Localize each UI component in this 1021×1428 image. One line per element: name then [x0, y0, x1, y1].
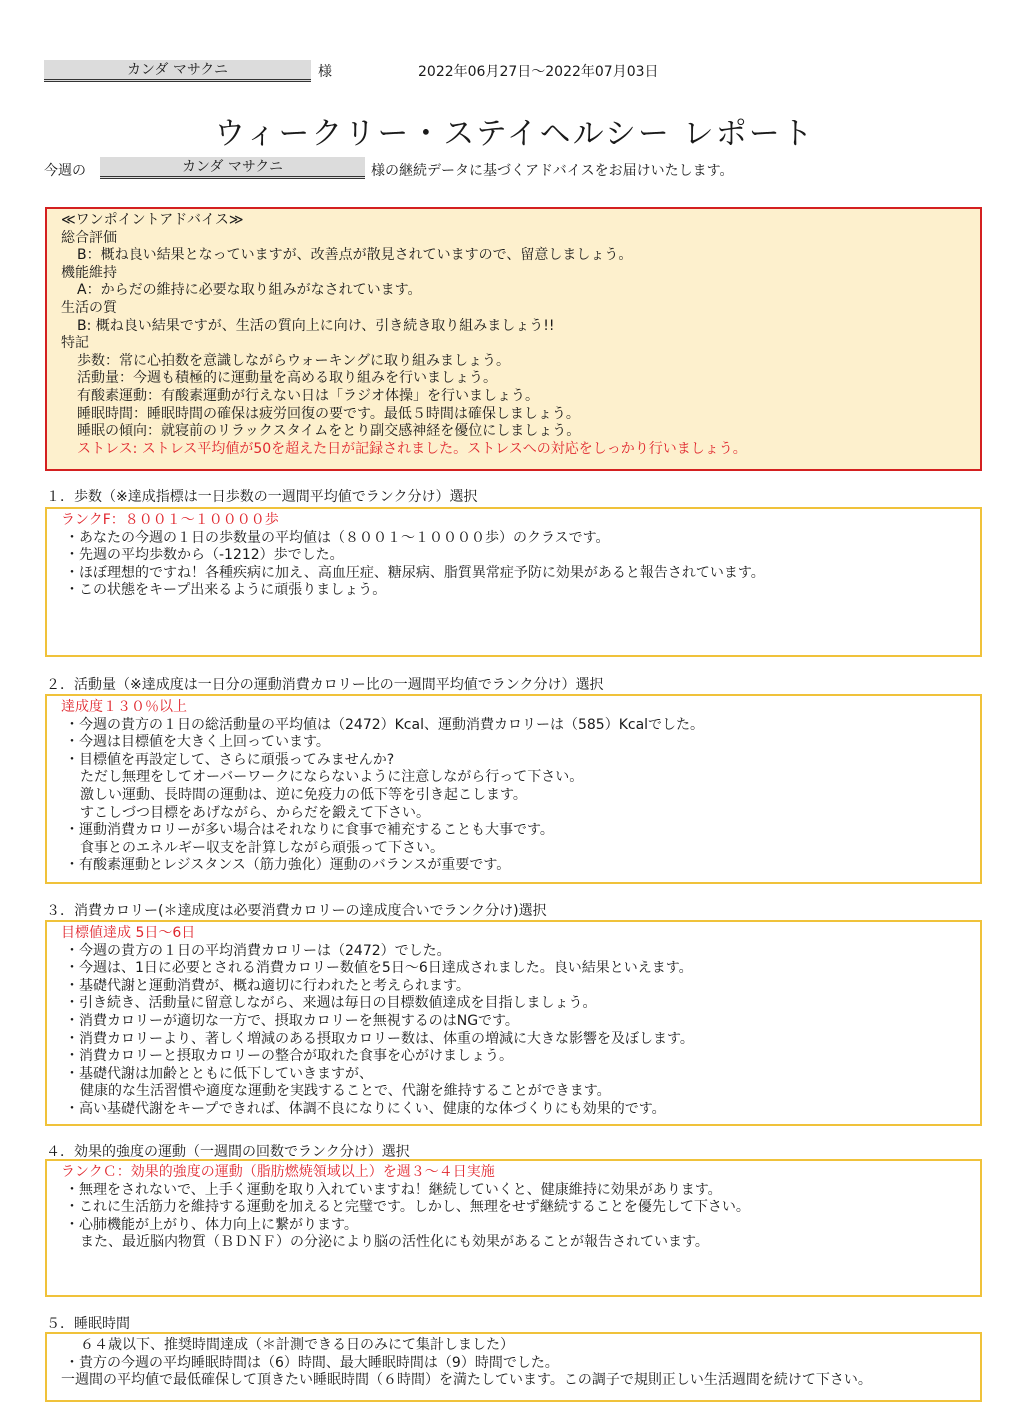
calories-line: 健康的な生活習慣や適度な運動を実践することで、代謝を維持することができます。	[61, 1083, 966, 1101]
activity-line: ・今週の貴方の１日の総活動量の平均値は（2472）Kcal、運動消費カロリーは（…	[61, 717, 966, 735]
overall-label: 総合評価	[61, 230, 966, 248]
quality-label: 生活の質	[61, 300, 966, 318]
intensity-rank: ランクＣ：効果的強度の運動（脂肪燃焼領域以上）を週３～４日実施	[61, 1164, 966, 1182]
overall-text: B：概ね良い結果となっていますが、改善点が散見されていますので、留意しましょう。	[61, 247, 966, 265]
calories-line: ・今週の貴方の１日の平均消費カロリーは（2472）でした。	[61, 943, 966, 961]
activity-line: ただし無理をしてオーバーワークにならないように注意しながら行って下さい。	[61, 769, 966, 787]
sleep-line: ６４歳以下、推奨時間達成（＊計測できる日のみにて集計しました）	[61, 1337, 966, 1355]
function-label: 機能維持	[61, 265, 966, 283]
section-calories-box: 目標値達成 5日～6日 ・今週の貴方の１日の平均消費カロリーは（2472）でした…	[45, 920, 982, 1126]
steps-line: ・あなたの今週の１日の歩数量の平均値は（８００１～１００００歩）のクラスです。	[61, 530, 966, 548]
calories-line: ・消費カロリーが適切な一方で、摂取カロリーを無視するのはNGです。	[61, 1013, 966, 1031]
section-calories-title: ３．消費カロリー(＊達成度は必要消費カロリーの達成度合いでランク分け)選択	[46, 900, 547, 920]
note-stress: ストレス: ストレス平均値が50を超えた日が記録されました。ストレスへの対応をし…	[61, 441, 966, 459]
activity-line: ・目標値を再設定して、さらに頑張ってみませんか?	[61, 752, 966, 770]
section-activity-box: 達成度１３０％以上 ・今週の貴方の１日の総活動量の平均値は（2472）Kcal、…	[45, 694, 982, 884]
calories-line: ・高い基礎代謝をキープできれば、体調不良になりにくい、健康的な体づくりにも効果的…	[61, 1101, 966, 1119]
quality-text: B: 概ね良い結果ですが、生活の質向上に向け、引き続き取り組みましょう!!	[61, 318, 966, 336]
intro-prefix: 今週の	[44, 160, 86, 180]
calories-line: ・基礎代謝は加齢とともに低下していきますが、	[61, 1066, 966, 1084]
sleep-line: ・貴方の今週の平均睡眠時間は（6）時間、最大睡眠時間は（9）時間でした。	[61, 1355, 966, 1373]
page-title: ウィークリー・ステイヘルシー レポート	[0, 108, 1021, 153]
activity-rank: 達成度１３０％以上	[61, 699, 966, 717]
note-aerobic: 有酸素運動：有酸素運動が行えない日は「ラジオ体操」を行いましょう。	[61, 388, 966, 406]
section-intensity-title: ４．効果的強度の運動（一週間の回数でランク分け）選択	[46, 1141, 410, 1161]
calories-line: ・消費カロリーより、著しく増減のある摂取カロリー数は、体重の増減に大きな影響を及…	[61, 1031, 966, 1049]
calories-line: ・引き続き、活動量に留意しながら、来週は毎日の目標数値達成を目指しましょう。	[61, 995, 966, 1013]
honorific-label: 様	[318, 61, 332, 81]
calories-line: ・消費カロリーと摂取カロリーの整合が取れた食事を心がけましょう。	[61, 1048, 966, 1066]
intensity-line: ・心肺機能が上がり、体力向上に繋がります。	[61, 1217, 966, 1235]
activity-line: ・今週は目標値を大きく上回っています。	[61, 734, 966, 752]
section-steps-title: １．歩数（※達成指標は一日歩数の一週間平均値でランク分け）選択	[46, 486, 477, 506]
intensity-line: ・無理をされないで、上手く運動を取り入れていますね！継続していくと、健康維持に効…	[61, 1182, 966, 1200]
note-sleep-tendency: 睡眠の傾向：就寝前のリラックスタイムをとり副交感神経を優位にしましょう。	[61, 423, 966, 441]
calories-line: ・基礎代謝と運動消費が、概ね適切に行われたと考えられます。	[61, 978, 966, 996]
section-sleep-box: ６４歳以下、推奨時間達成（＊計測できる日のみにて集計しました） ・貴方の今週の平…	[45, 1332, 982, 1402]
recipient-name-field: カンダ マサクニ	[44, 60, 311, 82]
section-intensity-box: ランクＣ：効果的強度の運動（脂肪燃焼領域以上）を週３～４日実施 ・無理をされない…	[45, 1159, 982, 1297]
activity-line: ・有酸素運動とレジスタンス（筋力強化）運動のバランスが重要です。	[61, 857, 966, 875]
calories-line: ・今週は、1日に必要とされる消費カロリー数値を5日～6日達成されました。良い結果…	[61, 960, 966, 978]
section-steps-box: ランクF：８００１～１００００歩 ・あなたの今週の１日の歩数量の平均値は（８００…	[45, 507, 982, 657]
notes-label: 特記	[61, 335, 966, 353]
steps-line: ・ほぼ理想的ですね！各種疾病に加え、高血圧症、糖尿病、脂質異常症予防に効果がある…	[61, 565, 966, 583]
steps-line: ・先週の平均歩数から（-1212）歩でした。	[61, 547, 966, 565]
activity-line: ・運動消費カロリーが多い場合はそれなりに食事で補充することも大事です。	[61, 822, 966, 840]
activity-line: すこしづつ目標をあげながら、からだを鍛えて下さい。	[61, 805, 966, 823]
note-sleep-time: 睡眠時間：睡眠時間の確保は疲労回復の要です。最低５時間は確保しましょう。	[61, 406, 966, 424]
calories-rank: 目標値達成 5日～6日	[61, 925, 966, 943]
report-date-range: 2022年06月27日～2022年07月03日	[418, 61, 659, 81]
advice-heading: ≪ワンポイントアドバイス≫	[61, 212, 966, 230]
intro-name-field: カンダ マサクニ	[100, 157, 365, 179]
section-sleep-title: ５．睡眠時間	[46, 1313, 130, 1333]
activity-line: 激しい運動、長時間の運動は、逆に免疫力の低下等を引き起こします。	[61, 787, 966, 805]
activity-line: 食事とのエネルギー収支を計算しながら頑張って下さい。	[61, 840, 966, 858]
function-text: A：からだの維持に必要な取り組みがなされています。	[61, 282, 966, 300]
steps-rank: ランクF：８００１～１００００歩	[61, 512, 966, 530]
steps-line: ・この状態をキープ出来るように頑張りましょう。	[61, 582, 966, 600]
section-activity-title: ２．活動量（※達成度は一日分の運動消費カロリー比の一週間平均値でランク分け）選択	[46, 674, 603, 694]
intensity-line: また、最近脳内物質（ＢＤＮＦ）の分泌により脳の活性化にも効果があることが報告され…	[61, 1234, 966, 1252]
sleep-line: 一週間の平均値で最低確保して頂きたい睡眠時間（６時間）を満たしています。この調子…	[61, 1372, 966, 1390]
intensity-line: ・これに生活筋力を維持する運動を加えると完璧です。しかし、無理をせず継続すること…	[61, 1199, 966, 1217]
note-activity: 活動量：今週も積極的に運動量を高める取り組みを行いましょう。	[61, 370, 966, 388]
intro-suffix: 様の継続データに基づくアドバイスをお届けいたします。	[371, 160, 733, 180]
note-steps: 歩数：常に心拍数を意識しながらウォーキングに取り組みましょう。	[61, 353, 966, 371]
one-point-advice-box: ≪ワンポイントアドバイス≫ 総合評価 B：概ね良い結果となっていますが、改善点が…	[45, 207, 982, 471]
